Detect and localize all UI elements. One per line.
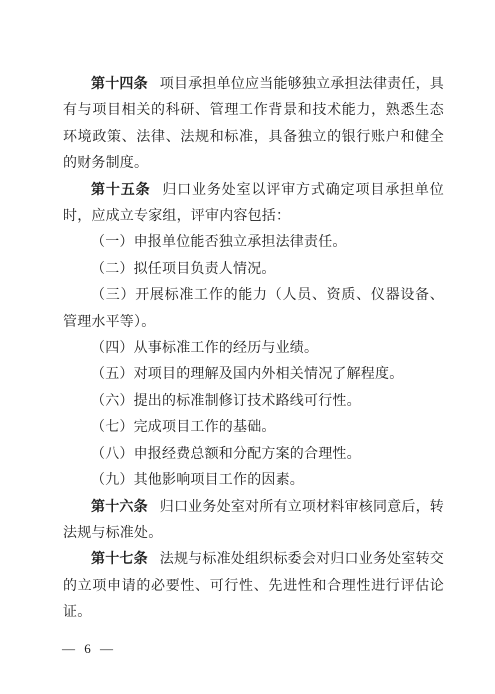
article-number: 第十七条 xyxy=(91,552,148,567)
clause-item-4: （四）从事标准工作的经历与业绩。 xyxy=(63,336,444,362)
article-paragraph-14: 第十四条项目承担单位应当能够独立承担法律责任，具有与项目相关的科研、管理工作背景… xyxy=(63,72,444,178)
clause-item-8: （八）申报经费总额和分配方案的合理性。 xyxy=(63,442,444,468)
clause-item-3: （三）开展标准工作的能力（人员、资质、仪器设备、管理水平等）。 xyxy=(63,283,444,336)
document-page: 第十四条项目承担单位应当能够独立承担法律责任，具有与项目相关的科研、管理工作背景… xyxy=(0,0,495,694)
clause-text: （八）申报经费总额和分配方案的合理性。 xyxy=(91,447,361,462)
article-number: 第十四条 xyxy=(91,77,148,92)
clause-item-7: （七）完成项目工作的基础。 xyxy=(63,415,444,441)
document-body: 第十四条项目承担单位应当能够独立承担法律责任，具有与项目相关的科研、管理工作背景… xyxy=(63,72,444,627)
article-number: 第十五条 xyxy=(91,183,150,198)
article-paragraph-16: 第十六条归口业务处室对所有立项材料审核同意后，转法规与标准处。 xyxy=(63,495,444,548)
article-paragraph-17: 第十七条法规与标准处组织标委会对归口业务处室转交的立项申请的必要性、可行性、先进… xyxy=(63,547,444,626)
clause-text: （六）提出的标准制修订技术路线可行性。 xyxy=(91,394,361,409)
clause-item-6: （六）提出的标准制修订技术路线可行性。 xyxy=(63,389,444,415)
clause-item-1: （一）申报单位能否独立承担法律责任。 xyxy=(63,230,444,256)
article-number: 第十六条 xyxy=(91,500,148,515)
clause-item-9: （九）其他影响项目工作的因素。 xyxy=(63,468,444,494)
page-number: — 6 — xyxy=(62,641,116,657)
clause-text: （五）对项目的理解及国内外相关情况了解程度。 xyxy=(91,367,403,382)
clause-text: （四）从事标准工作的经历与业绩。 xyxy=(91,341,318,356)
clause-text: （七）完成项目工作的基础。 xyxy=(91,420,276,435)
clause-text: （一）申报单位能否独立承担法律责任。 xyxy=(91,235,347,250)
clause-text: （二）拟任项目负责人情况。 xyxy=(91,262,276,277)
clause-item-5: （五）对项目的理解及国内外相关情况了解程度。 xyxy=(63,362,444,388)
clause-text: （三）开展标准工作的能力（人员、资质、仪器设备、管理水平等）。 xyxy=(63,288,444,329)
article-paragraph-15: 第十五条归口业务处室以评审方式确定项目承担单位时，应成立专家组，评审内容包括： xyxy=(63,178,444,231)
clause-text: （九）其他影响项目工作的因素。 xyxy=(91,473,304,488)
clause-item-2: （二）拟任项目负责人情况。 xyxy=(63,257,444,283)
